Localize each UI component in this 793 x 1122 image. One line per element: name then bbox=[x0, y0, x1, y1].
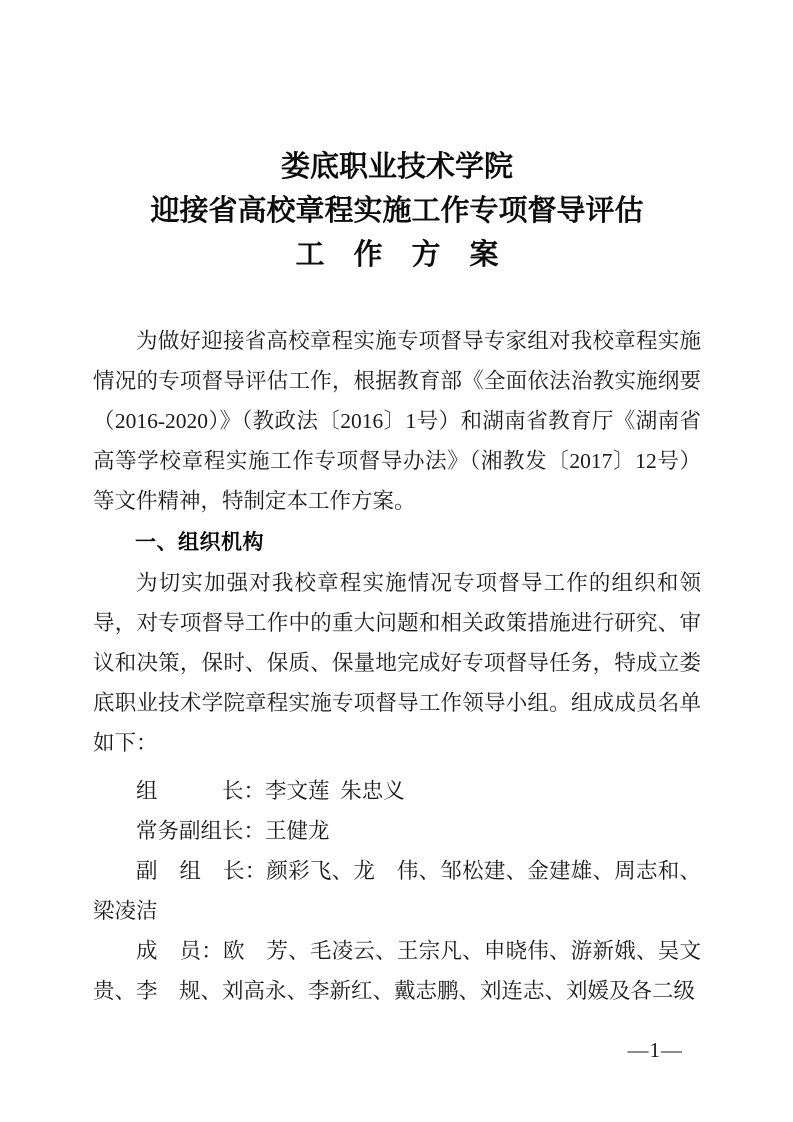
roster-line-group-leader: 组 长：李文莲 朱忠义 bbox=[93, 771, 701, 811]
section-heading-organization: 一、组织机构 bbox=[93, 523, 701, 563]
document-page: 娄底职业技术学院 迎接省高校章程实施工作专项督导评估 工 作 方 案 为做好迎接… bbox=[0, 0, 793, 1122]
document-title-line-1: 娄底职业技术学院 bbox=[93, 145, 701, 189]
document-title: 娄底职业技术学院 迎接省高校章程实施工作专项督导评估 工 作 方 案 bbox=[93, 145, 701, 277]
roster-line-members: 成 员：欧 芳、毛凌云、王宗凡、申晓伟、游新娥、吴文贵、李 规、刘高永、李新红、… bbox=[93, 931, 701, 1011]
roster-line-deputy-leaders: 副 组 长：颜彩飞、龙 伟、邹松建、金建雄、周志和、梁凌洁 bbox=[93, 851, 701, 931]
roster-line-executive-deputy-leader: 常务副组长：王健龙 bbox=[93, 811, 701, 851]
document-title-line-2: 迎接省高校章程实施工作专项督导评估 bbox=[93, 189, 701, 233]
intro-paragraph: 为做好迎接省高校章程实施专项督导专家组对我校章程实施情况的专项督导评估工作，根据… bbox=[93, 321, 701, 521]
document-title-line-3: 工 作 方 案 bbox=[93, 233, 701, 277]
page-number: —1— bbox=[628, 1038, 684, 1063]
document-content: 娄底职业技术学院 迎接省高校章程实施工作专项督导评估 工 作 方 案 为做好迎接… bbox=[93, 145, 701, 1011]
organization-paragraph: 为切实加强对我校章程实施情况专项督导工作的组织和领导，对专项督导工作中的重大问题… bbox=[93, 563, 701, 763]
document-body: 为做好迎接省高校章程实施专项督导专家组对我校章程实施情况的专项督导评估工作，根据… bbox=[93, 321, 701, 1011]
